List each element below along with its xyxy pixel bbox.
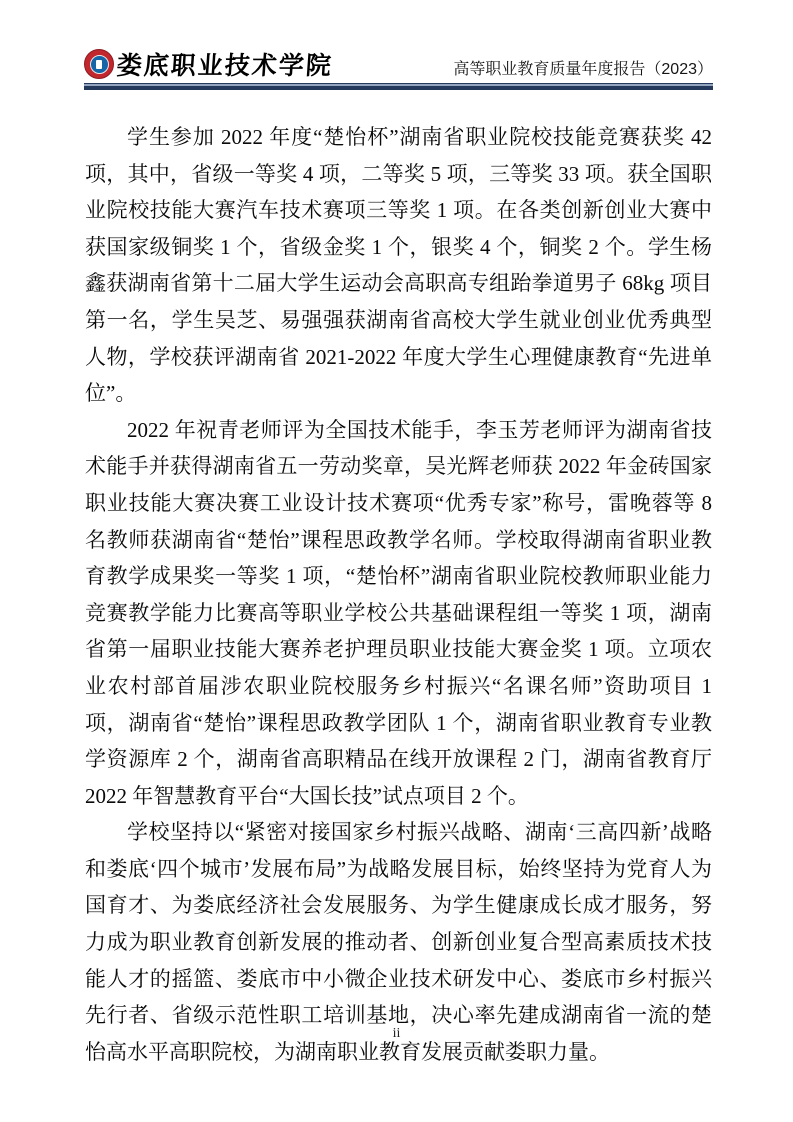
school-emblem-inner-circle — [90, 55, 109, 74]
body-paragraph: 学生参加 2022 年度“楚怡杯”湖南省职业院校技能竞赛获奖 42 项，其中，省… — [85, 119, 712, 412]
page-number: ii — [393, 1026, 401, 1041]
header-divider-thick-line — [84, 86, 713, 90]
report-title: 高等职业教育质量年度报告（2023） — [453, 56, 713, 82]
header-school-brand: 娄底职业技术学院 — [84, 46, 333, 82]
school-emblem-icon — [84, 49, 114, 79]
school-name: 娄底职业技术学院 — [116, 46, 335, 82]
report-page: 娄底职业技术学院 高等职业教育质量年度报告（2023） 学生参加 2022 年度… — [0, 0, 793, 1122]
page-header: 娄底职业技术学院 高等职业教育质量年度报告（2023） — [84, 46, 713, 82]
body-paragraph: 2022 年祝青老师评为全国技术能手，李玉芳老师评为湖南省技术能手并获得湖南省五… — [85, 412, 712, 815]
header-divider — [84, 83, 713, 90]
page-footer: ii — [0, 1026, 793, 1042]
school-emblem-core — [96, 60, 102, 69]
document-body: 学生参加 2022 年度“楚怡杯”湖南省职业院校技能竞赛获奖 42 项，其中，省… — [85, 119, 712, 1070]
